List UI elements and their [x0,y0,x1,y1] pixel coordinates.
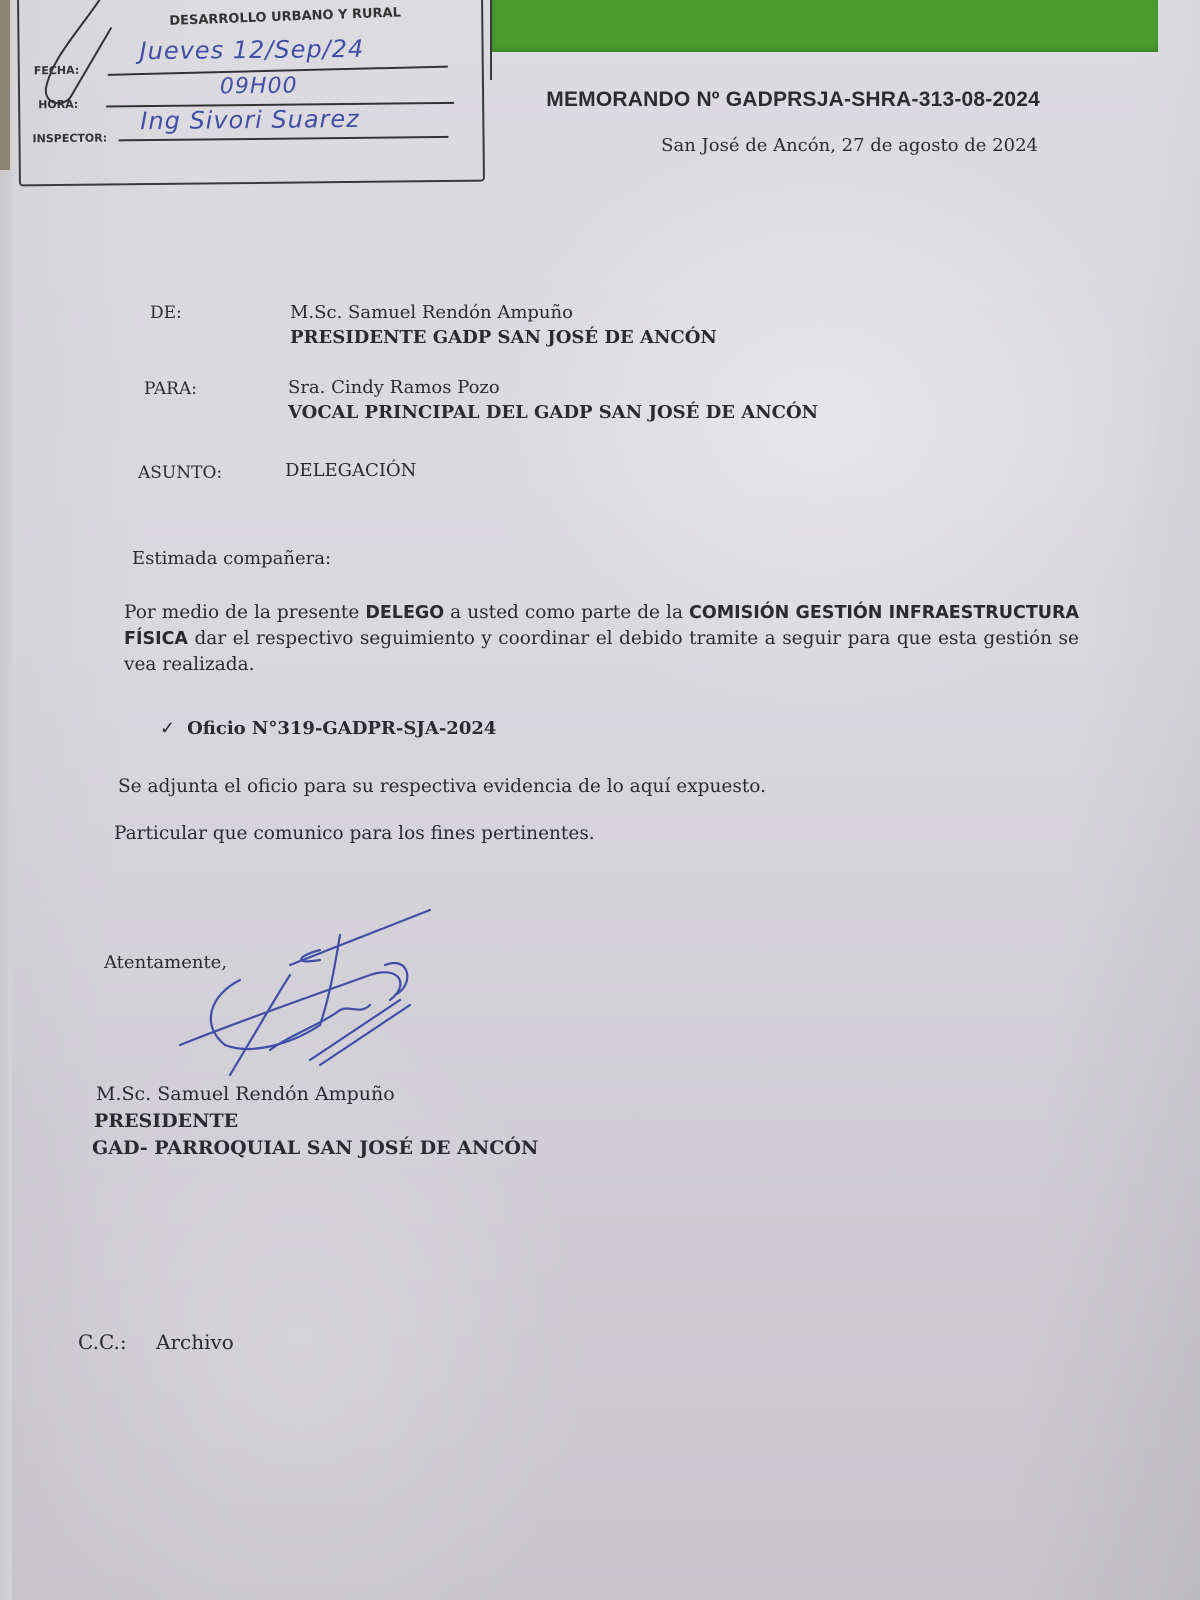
closing-line: Particular que comunico para los fines p… [114,823,595,844]
cc-label: C.C.: [78,1330,127,1354]
stamp-inspector-label: INSPECTOR: [32,132,107,146]
signer-organization: GAD- PARROQUIAL SAN JOSÉ DE ANCÓN [92,1137,538,1159]
para-block: Sra. Cindy Ramos Pozo VOCAL PRINCIPAL DE… [288,375,818,425]
memo-number: MEMORANDO Nº GADPRSJA-SHRA-313-08-2024 [546,88,1040,112]
signer-name: M.Sc. Samuel Rendón Ampuño [96,1083,395,1105]
body-paragraph: Por medio de la presente DELEGO a usted … [124,600,1079,678]
attachment-note: Se adjunta el oficio para su respectiva … [118,776,766,797]
inspector-line [119,136,449,141]
stamp-department: DESARROLLO URBANO Y RURAL [169,5,401,28]
asunto-label: ASUNTO: [138,463,222,483]
handwritten-signature [170,905,450,1085]
para-bold-delego: DELEGO [365,603,444,623]
de-title: PRESIDENTE GADP SAN JOSÉ DE ANCÓN [290,325,717,350]
reception-stamp: DESARROLLO URBANO Y RURAL FECHA: Jueves … [17,0,485,186]
attachment-list-item: ✓Oficio N°319-GADPR-SJA-2024 [160,718,496,739]
checkmark-icon: ✓ [160,718,175,739]
de-label: DE: [150,303,182,323]
para-text-3: dar el respectivo seguimiento y coordina… [124,628,1079,675]
letterhead-banner [492,0,1158,52]
memo-place-date: San José de Ancón, 27 de agosto de 2024 [661,135,1038,156]
attachment-reference: Oficio N°319-GADPR-SJA-2024 [187,718,496,739]
para-title: VOCAL PRINCIPAL DEL GADP SAN JOSÉ DE ANC… [288,400,818,425]
salutation: Estimada compañera: [132,548,331,569]
cc-value: Archivo [156,1330,234,1354]
underlying-page-edge [0,0,10,170]
para-text-1: Por medio de la presente [124,602,365,623]
paper-lighting [0,0,1200,1600]
asunto-value: DELEGACIÓN [285,458,416,483]
de-block: M.Sc. Samuel Rendón Ampuño PRESIDENTE GA… [290,300,717,350]
stamp-hora-value: 09H00 [220,74,298,100]
stamp-inspector-value: Ing Sivori Suarez [140,105,360,135]
para-text-2: a usted como parte de la [444,602,689,623]
stamp-fecha-label: FECHA: [34,64,80,77]
page-edge [0,0,12,1600]
de-name: M.Sc. Samuel Rendón Ampuño [290,300,717,325]
para-name: Sra. Cindy Ramos Pozo [288,375,818,400]
stamp-hora-label: HORA: [38,98,78,111]
para-label: PARA: [144,379,197,399]
signer-title: PRESIDENTE [94,1110,238,1132]
stamp-fecha-value: Jueves 12/Sep/24 [139,35,364,65]
